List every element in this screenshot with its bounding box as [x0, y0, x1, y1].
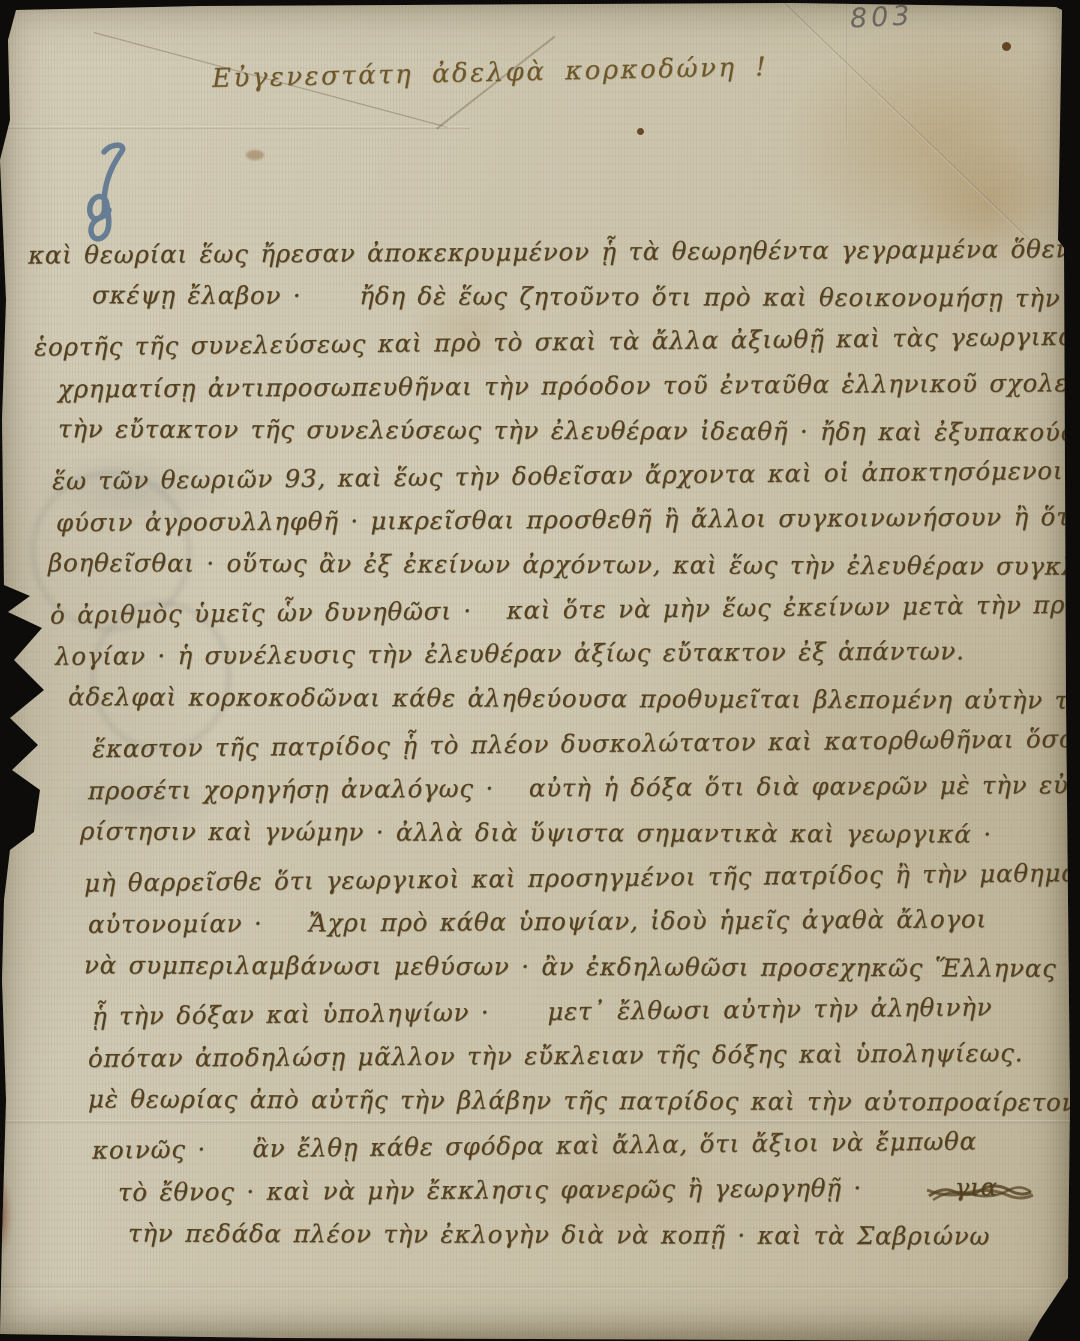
manuscript-line: ἕκαστον τῆς πατρίδος ᾗ τὸ πλέον δυσκολώτ…: [92, 724, 1080, 763]
manuscript-line: ἑορτῆς τῆς συνελεύσεως καὶ πρὸ τὸ σκαὶ τ…: [34, 321, 1080, 361]
manuscript-line: νὰ συμπεριλαμβάνωσι μεθύσων · ἂν ἐκδηλωθ…: [84, 950, 1057, 982]
archivist-blue-mark: [76, 136, 156, 256]
salutation-line: Εὐγενεστάτη ἀδελφὰ κορκοδώνη !: [212, 52, 769, 94]
tear-crease-top-left: [93, 32, 447, 129]
ink-speck: [637, 128, 644, 135]
ink-bleedthrough: [20, 430, 250, 550]
manuscript-line: μὲ θεωρίας ἀπὸ αὐτῆς τὴν βλάβην τῆς πατρ…: [88, 1084, 1077, 1116]
manuscript-line: αὐτονομίαν · Ἄχρι πρὸ κάθα ὑποψίαν, ἰδοὺ…: [88, 904, 987, 938]
fold-crease-top-right: [781, 0, 1036, 246]
manuscript-line: ἕω τῶν θεωριῶν 93, καὶ ἕως τὴν δοθεῖσαν …: [52, 456, 1080, 496]
manuscript-line: προσέτι χορηγήσῃ ἀναλόγως · αὐτὴ ἡ δόξα …: [88, 770, 1080, 805]
fold-crease-upper: [0, 126, 470, 129]
fold-crease-vertical: [846, 0, 848, 140]
manuscript-line: τὴν εὔτακτον τῆς συνελεύσεως τὴν ἐλευθέρ…: [58, 414, 1080, 447]
manuscript-line: λογίαν · ἡ συνέλευσις τὴν ἐλευθέραν ἀξίω…: [55, 636, 965, 671]
manuscript-line: ὁπόταν ἀποδηλώσῃ μᾶλλον τὴν εὔκλειαν τῆς…: [88, 1038, 1023, 1073]
faint-seal-impression: [90, 600, 232, 752]
faint-seal-impression: [30, 470, 192, 632]
scanned-letter-page: 803 Εὐγενεστάτη ἀδελφὰ κορκοδώνη ! καὶ θ…: [0, 0, 1080, 1341]
manuscript-line: χρηματίσῃ ἀντιπροσωπευθῆναι τὴν πρόοδον …: [58, 368, 1080, 404]
manuscript-line: κοινῶς · ἂν ἔλθῃ κάθε σφόδρα καὶ ἄλλα, ὅ…: [92, 1126, 977, 1164]
manuscript-line: βοηθεῖσθαι · οὕτως ἂν ἐξ ἐκείνων ἀρχόντω…: [48, 548, 1080, 581]
ink-bleedthrough: [40, 760, 240, 850]
struck-out-word-scribble: [925, 1176, 1035, 1210]
fold-crease-bottom: [0, 1286, 1080, 1289]
manuscript-line: τὸ ἔθνος · καὶ νὰ μὴν ἔκκλησις φανερῶς ἢ…: [118, 1172, 998, 1206]
manuscript-line: ὁ ἀριθμὸς ὑμεῖς ὧν δυνηθῶσι · καὶ ὅτε νὰ…: [50, 590, 1080, 630]
smudge: [246, 150, 264, 160]
manuscript-line: ἀδελφαὶ κορκοκοδῶναι κάθε ἀληθεύουσα προ…: [68, 682, 1080, 715]
manuscript-line: ᾗ τὴν δόξαν καὶ ὑποληψίων · μετ᾽ ἔλθωσι …: [92, 992, 993, 1030]
manuscript-line: μὴ θαρρεῖσθε ὅτι γεωργικοὶ καὶ προσηγμέν…: [84, 858, 1080, 898]
manuscript-line: ρίστησιν καὶ γνώμην · ἀλλὰ διὰ ὕψιστα ση…: [80, 816, 992, 848]
red-stain: [0, 1160, 18, 1270]
manuscript-line: φύσιν ἀγροσυλληφθῆ · μικρεῖσθαι προσθεθῆ…: [56, 502, 1080, 537]
aged-paper-sheet: 803 Εὐγενεστάτη ἀδελφὰ κορκοδώνη ! καὶ θ…: [0, 0, 1080, 1341]
archive-number-pencil: 803: [849, 0, 914, 34]
fold-crease-lower: [0, 1120, 1080, 1123]
tear-crease-diagonal: [436, 36, 555, 130]
ink-speck: [1002, 42, 1011, 51]
manuscript-line: σκέψῃ ἔλαβον · ἤδη δὲ ἕως ζητοῦντο ὅτι π…: [92, 280, 1080, 313]
manuscript-line: καὶ θεωρίαι ἕως ἤρεσαν ἀποκεκρυμμένον ᾗ …: [28, 234, 1080, 270]
manuscript-line: τὴν πεδάδα πλέον τὴν ἐκλογὴν διὰ νὰ κοπῇ…: [128, 1218, 990, 1250]
